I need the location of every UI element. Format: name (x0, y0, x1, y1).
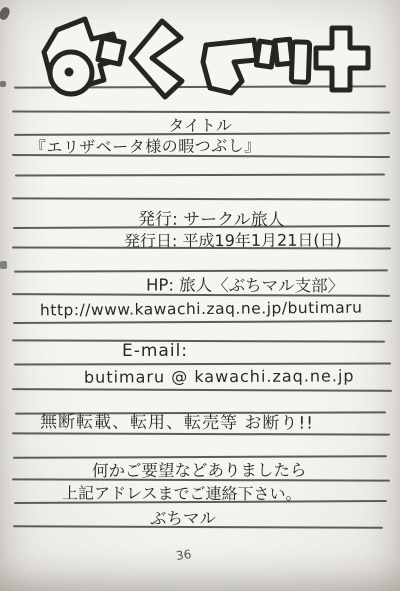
glyph-dzu (203, 39, 292, 93)
homepage-line: HP: 旅人〈ぶちマル支部〉 (146, 271, 344, 296)
okuzuke-heading-art (0, 0, 400, 110)
publish-date-line: 発行日: 平成19年1月21日(日) (124, 227, 342, 251)
publisher-line: 発行: サークル旅人 (138, 204, 285, 230)
scan-smudge (0, 261, 7, 269)
ruled-line (12, 388, 392, 392)
email-address: butimaru @ kawachi.zaq.ne.jp (84, 366, 355, 386)
ruled-line (12, 339, 385, 342)
ruled-line (13, 320, 392, 324)
ruled-line (14, 363, 391, 366)
signature: ぶちマル (150, 505, 216, 529)
contact-request-line2: 上記アドレスまでご連絡下さい。 (62, 481, 302, 505)
contact-request-line1: 何かご要望などありましたら (92, 457, 307, 482)
glyph-ku (131, 21, 182, 97)
ruled-line (12, 197, 390, 200)
book-title: 『エリザベータ様の暇つぶし』 (30, 133, 261, 158)
email-label: E-mail: (122, 341, 188, 361)
glyph-ke (291, 28, 368, 90)
scanned-colophon-page: タイトル 『エリザベータ様の暇つぶし』 発行: サークル旅人 発行日: 平成19… (0, 0, 400, 591)
homepage-url: http://www.kawachi.zaq.ne.jp/butimaru (40, 299, 363, 320)
ruled-line (15, 174, 385, 177)
glyph-o (44, 19, 124, 94)
scan-smudge (0, 81, 6, 87)
copyright-notice: 無断転載、転用、転売等 お断り!! (40, 407, 314, 433)
page-number: 36 (175, 547, 192, 563)
